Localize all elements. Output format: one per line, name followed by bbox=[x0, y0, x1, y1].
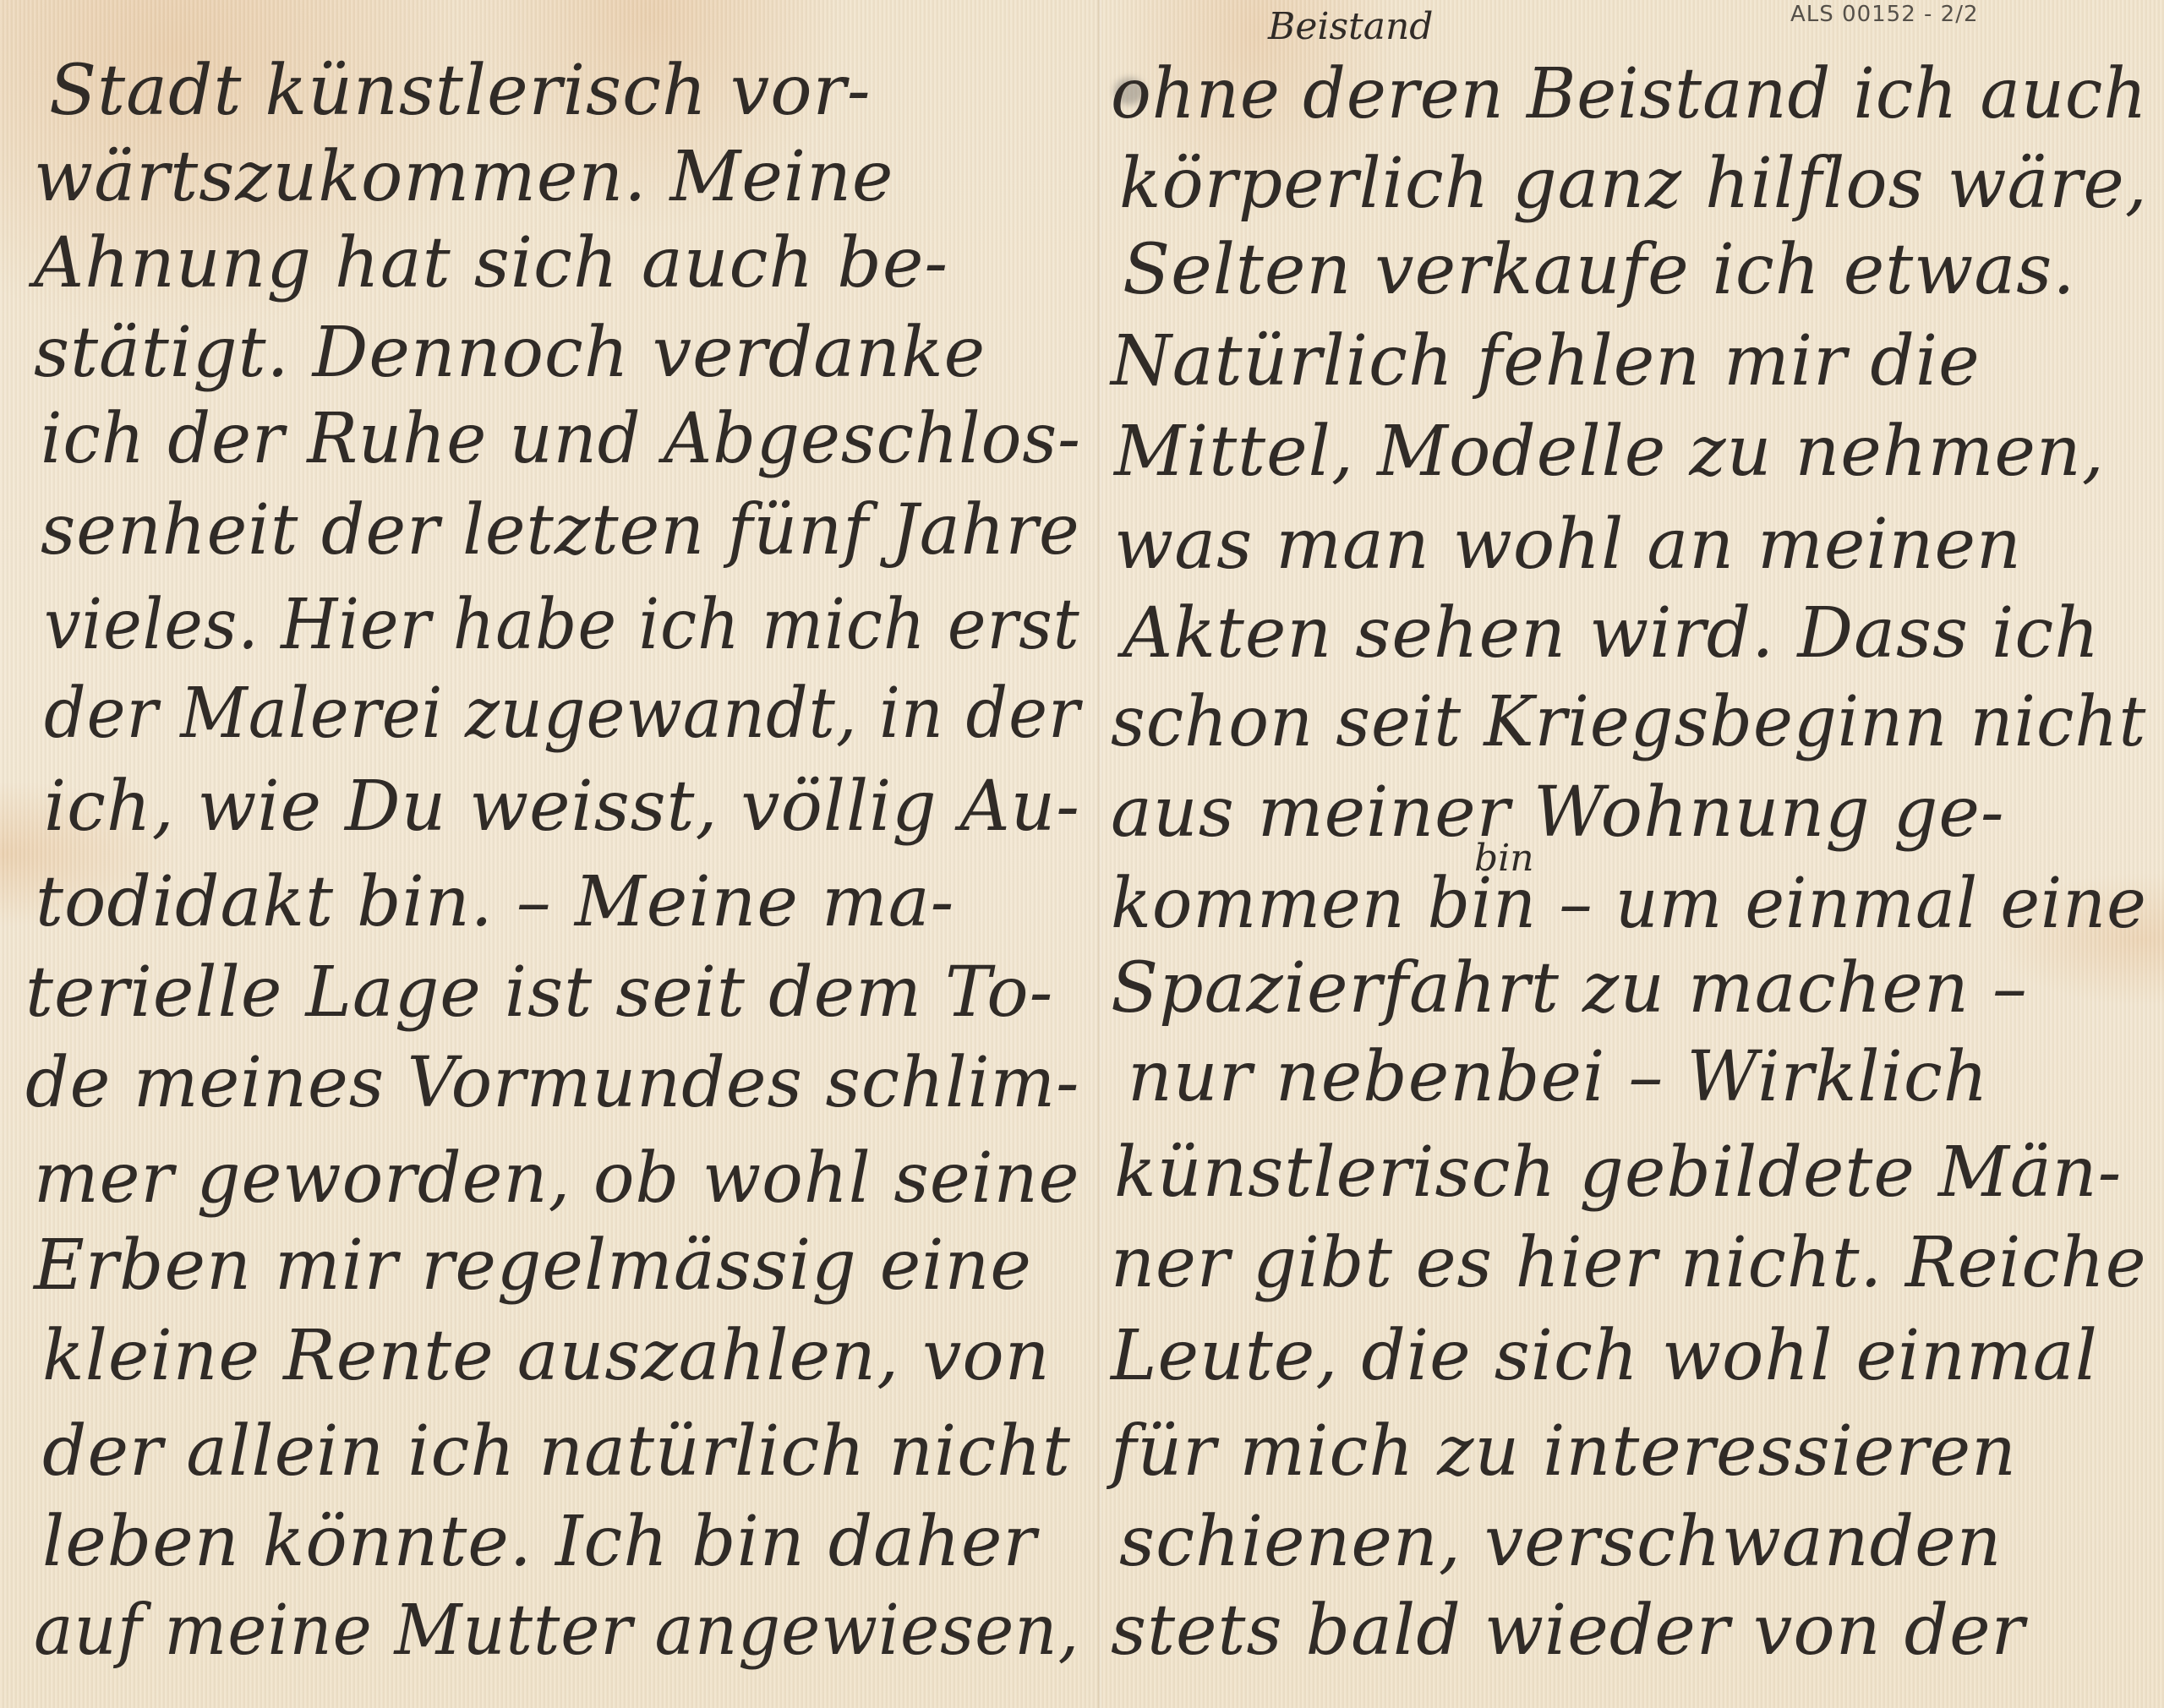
left-page: Stadt künstlerisch vor- wärtszukommen. M… bbox=[0, 0, 1097, 1708]
left-line-15: kleine Rente auszahlen, von bbox=[42, 1314, 1051, 1399]
left-line-16: der allein ich natürlich nicht bbox=[42, 1410, 1071, 1494]
left-line-12: de meines Vormundes schlim- bbox=[25, 1041, 1079, 1126]
right-line-4: Natürlich fehlen mir die bbox=[1111, 319, 1981, 404]
right-line-12: nur nebenbei – Wirklich bbox=[1128, 1035, 1989, 1120]
left-line-11: terielle Lage ist seit dem To- bbox=[25, 951, 1053, 1035]
right-line-17: schienen, verschwanden bbox=[1119, 1500, 2002, 1585]
right-line-8: schon seit Kriegsbeginn nicht bbox=[1111, 680, 2146, 765]
right-line-5: Mittel, Modelle zu nehmen, bbox=[1114, 410, 2105, 494]
right-line-11: Spazierfahrt zu machen – bbox=[1111, 947, 2028, 1031]
right-line-18: stets bald wieder von der bbox=[1111, 1589, 2025, 1673]
left-line-7: vieles. Hier habe ich mich erst bbox=[44, 583, 1080, 668]
left-line-6: senheit der letzten fünf Jahre bbox=[41, 488, 1080, 573]
right-line-3: Selten verkaufe ich etwas. bbox=[1123, 228, 2075, 313]
right-line-15: Leute, die sich wohl einmal bbox=[1111, 1314, 2098, 1399]
left-line-8: der Malerei zugewandt, in der bbox=[44, 672, 1080, 756]
left-line-5: ich der Ruhe und Abgeschlos- bbox=[41, 397, 1081, 482]
left-line-2: wärtszukommen. Meine bbox=[34, 135, 893, 220]
right-line-16: für mich zu interessieren bbox=[1111, 1410, 2017, 1494]
left-line-1: Stadt künstlerisch vor- bbox=[49, 49, 872, 134]
left-line-17: leben könnte. Ich bin daher bbox=[42, 1500, 1037, 1585]
insertion-beistand: Beistand bbox=[1268, 5, 1433, 48]
right-line-2: körperlich ganz hilflos wäre, bbox=[1119, 142, 2148, 226]
right-line-14: ner gibt es hier nicht. Reiche bbox=[1111, 1221, 2147, 1306]
right-line-9: aus meiner Wohnung ge- bbox=[1111, 771, 2005, 855]
letter-scan: ALS 00152 - 2/2 Stadt künstlerisch vor- … bbox=[0, 0, 2164, 1708]
left-line-13: mer geworden, ob wohl seine bbox=[34, 1137, 1079, 1221]
right-line-7: Akten sehen wird. Dass ich bbox=[1123, 592, 2100, 676]
left-line-10: todidakt bin. – Meine ma- bbox=[36, 860, 954, 945]
right-page: Beistand ohne deren Beistand ich auch kö… bbox=[1102, 0, 2164, 1708]
left-line-18: auf meine Mutter angewiesen, bbox=[34, 1589, 1079, 1673]
left-line-14: Erben mir regelmässig eine bbox=[34, 1224, 1032, 1308]
left-line-3: Ahnung hat sich auch be- bbox=[34, 221, 948, 306]
left-line-9: ich, wie Du weisst, völlig Au- bbox=[44, 765, 1080, 849]
right-line-6: was man wohl an meinen bbox=[1114, 503, 2022, 587]
right-line-13: künstlerisch gebildete Män- bbox=[1114, 1131, 2122, 1215]
right-line-10: kommen bin – um einmal eine bbox=[1111, 862, 2147, 947]
left-line-4: stätigt. Dennoch verdanke bbox=[34, 311, 986, 396]
right-line-1: ohne deren Beistand ich auch bbox=[1111, 52, 2147, 137]
